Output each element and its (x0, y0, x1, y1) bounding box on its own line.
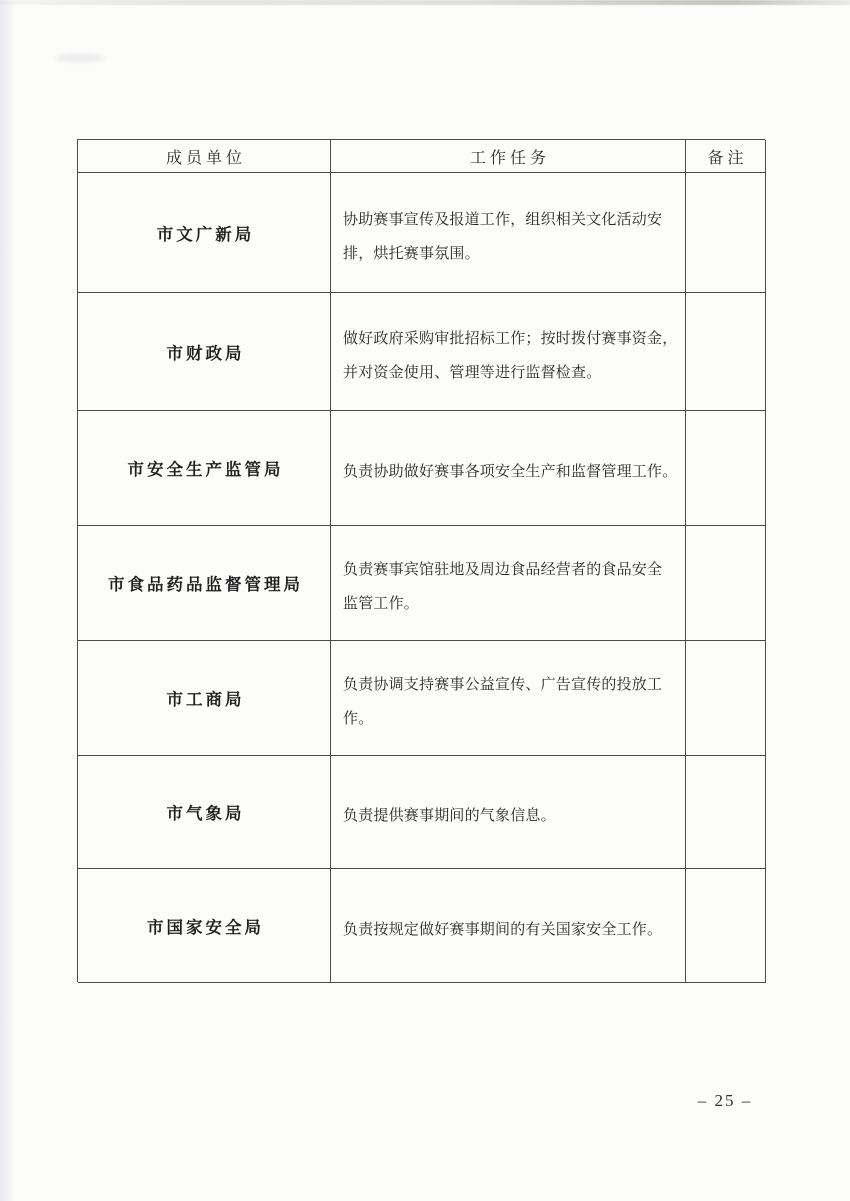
page-number: – 25 – (680, 1091, 770, 1111)
task-cell: 负责提供赛事期间的气象信息。 (331, 756, 686, 869)
unit-cell: 市食品药品监督管理局 (78, 526, 331, 641)
task-cell: 负责按规定做好赛事期间的有关国家安全工作。 (331, 869, 686, 983)
note-cell (686, 869, 766, 983)
scan-artifact-left-edge (0, 0, 15, 1201)
note-cell (686, 173, 766, 293)
note-cell (686, 411, 766, 526)
scan-artifact-smudge (55, 54, 105, 62)
unit-cell: 市气象局 (78, 756, 331, 869)
task-cell: 协助赛事宣传及报道工作，组织相关文化活动安 排，烘托赛事氛围。 (331, 173, 686, 293)
unit-cell: 市安全生产监管局 (78, 411, 331, 526)
task-cell: 负责赛事宾馆驻地及周边食品经营者的食品安全 监管工作。 (331, 526, 686, 641)
note-cell (686, 641, 766, 756)
note-cell (686, 293, 766, 411)
header-cell-remarks: 备注 (686, 140, 766, 173)
scan-artifact-top-edge (0, 0, 850, 5)
member-unit-tasks-table: 成员单位 工作任务 备注 市文广新局 协助赛事宣传及报道工作，组织相关文化活动安… (77, 139, 765, 982)
note-cell (686, 526, 766, 641)
unit-cell: 市财政局 (78, 293, 331, 411)
unit-cell: 市工商局 (78, 641, 331, 756)
note-cell (686, 756, 766, 869)
header-cell-work-tasks: 工作任务 (331, 140, 686, 173)
task-cell: 负责协调支持赛事公益宣传、广告宣传的投放工 作。 (331, 641, 686, 756)
unit-cell: 市文广新局 (78, 173, 331, 293)
task-cell: 做好政府采购审批招标工作；按时拨付赛事资金， 并对资金使用、管理等进行监督检查。 (331, 293, 686, 411)
header-cell-member-unit: 成员单位 (78, 140, 331, 173)
task-cell: 负责协助做好赛事各项安全生产和监督管理工作。 (331, 411, 686, 526)
unit-cell: 市国家安全局 (78, 869, 331, 983)
